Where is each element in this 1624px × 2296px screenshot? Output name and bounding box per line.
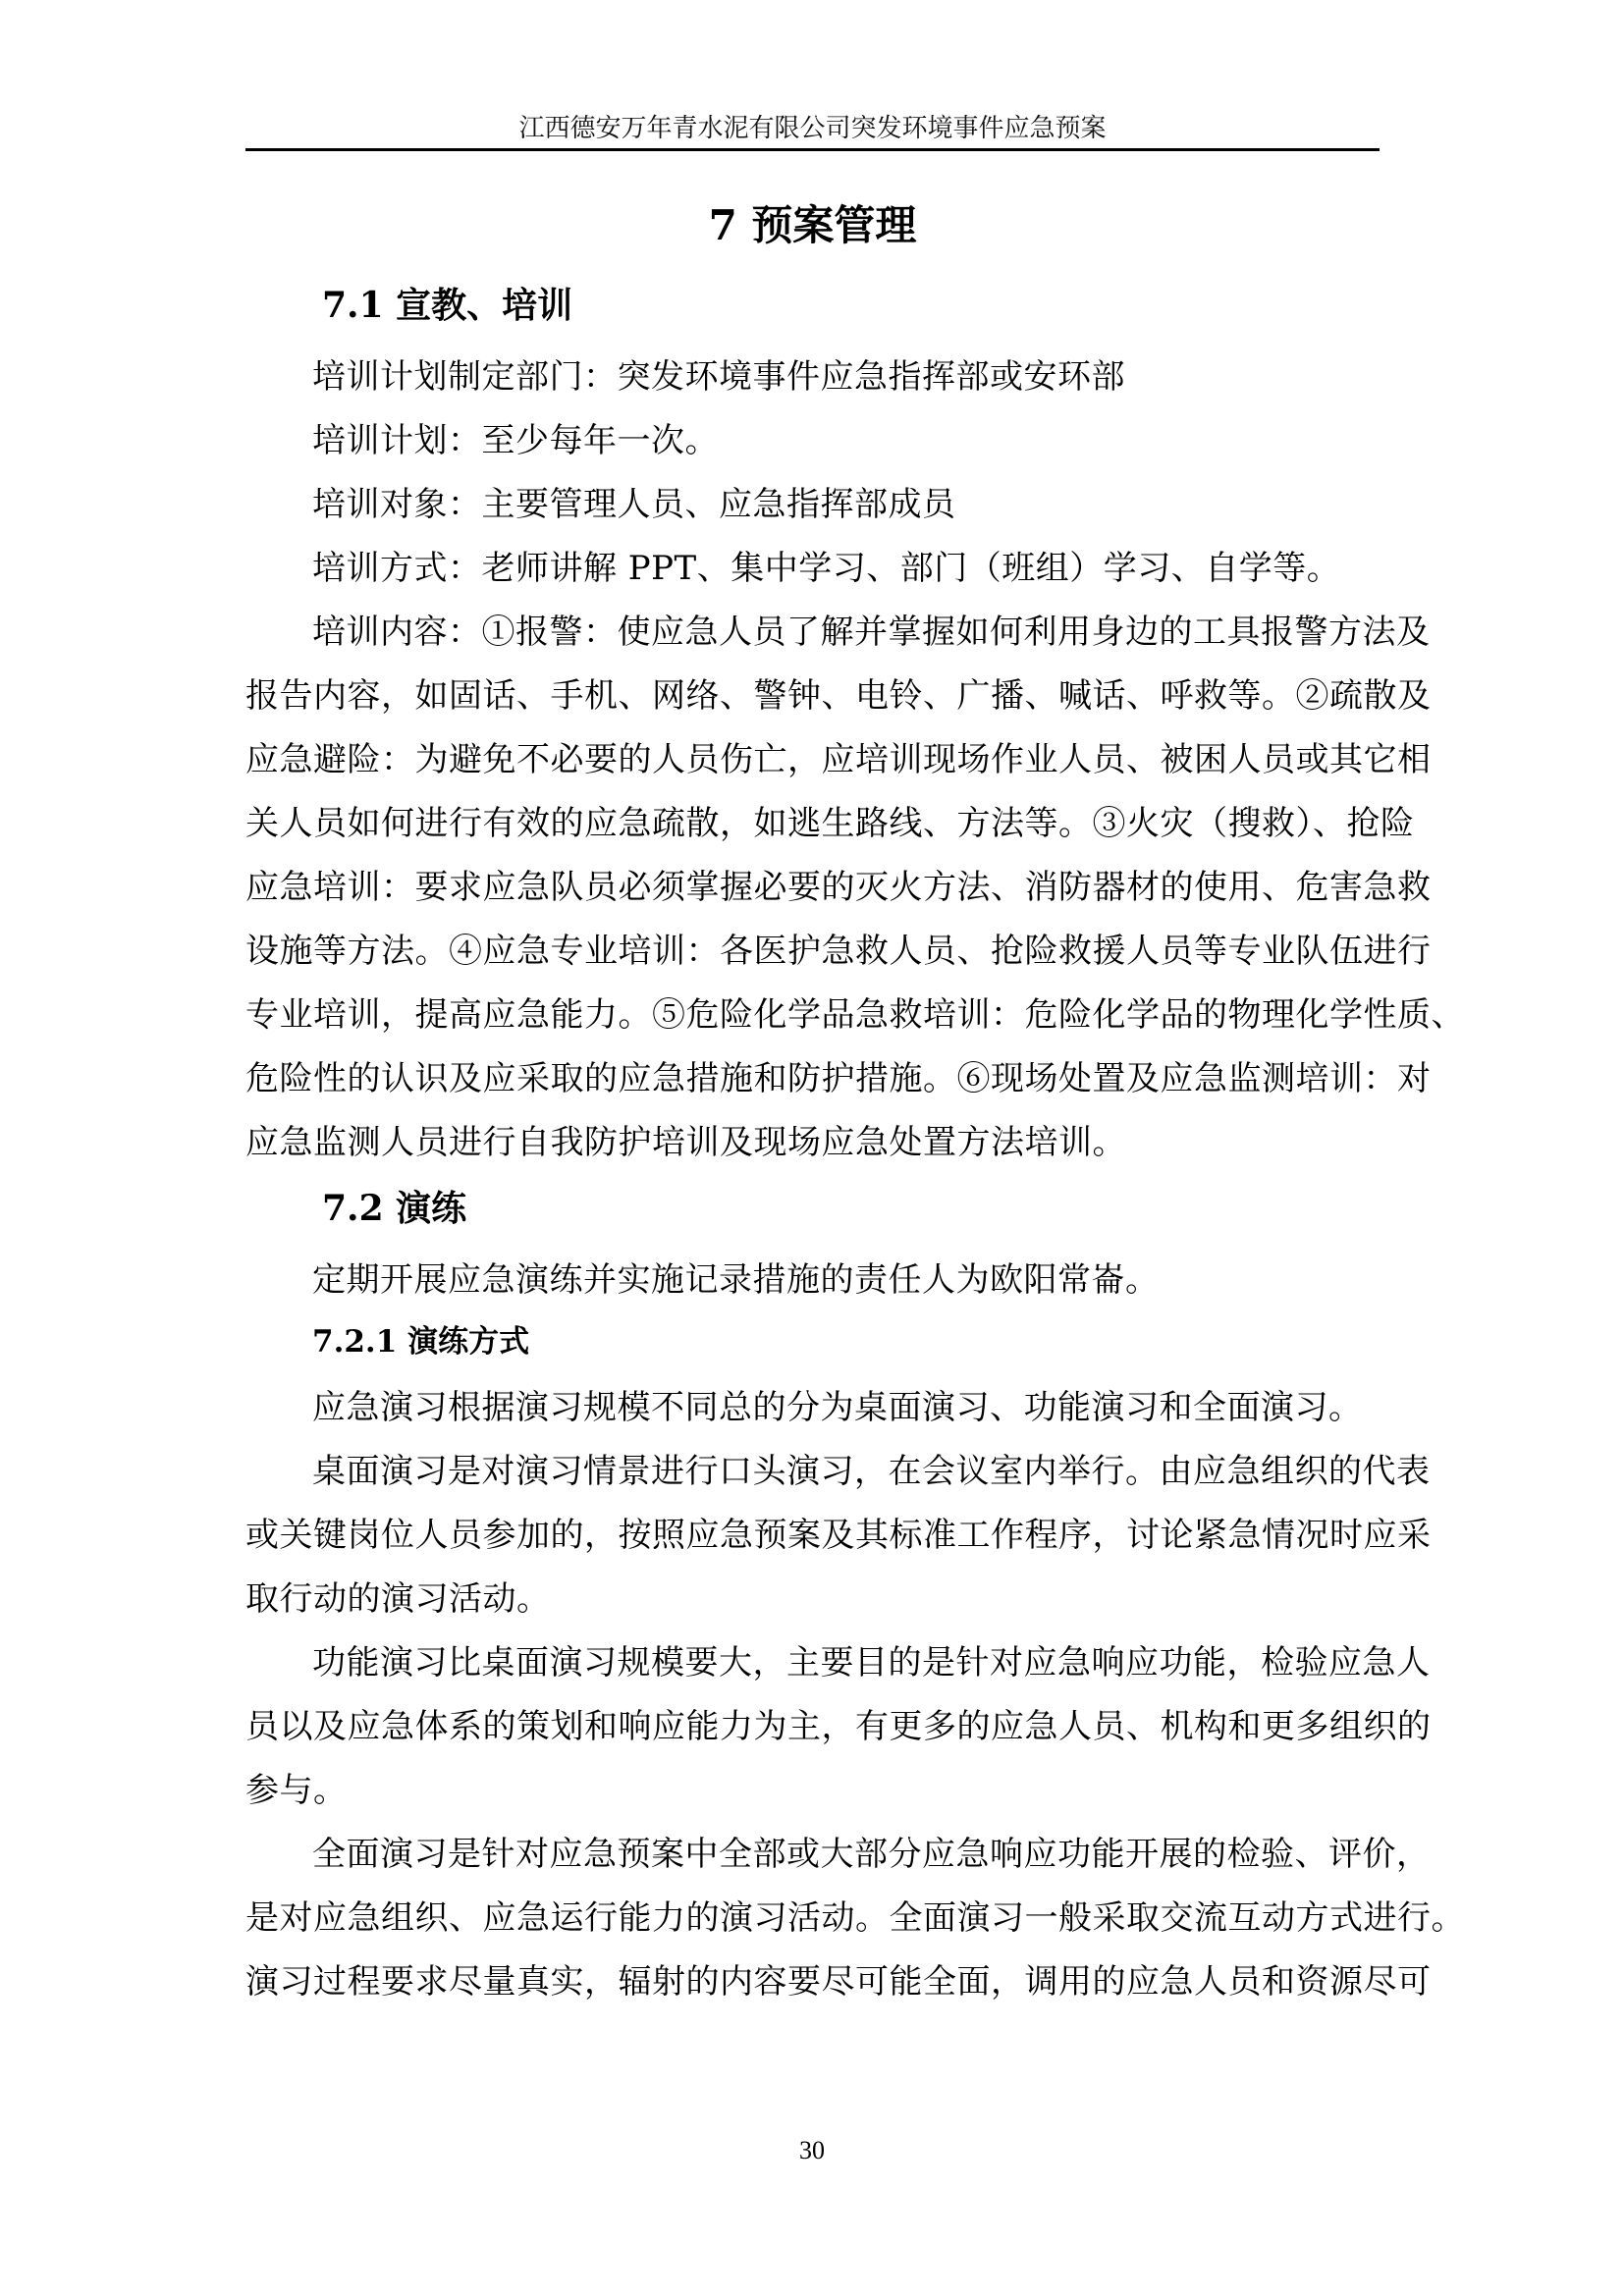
paragraph-line: 参与。: [245, 1759, 1384, 1823]
drill-types-intro: 应急演习根据演习规模不同总的分为桌面演习、功能演习和全面演习。: [312, 1376, 1451, 1440]
running-header: 江西德安万年青水泥有限公司突发环境事件应急预案: [245, 114, 1380, 143]
paragraph-line: 是对应急组织、应急运行能力的演习活动。全面演习一般采取交流互动方式进行。: [245, 1887, 1384, 1950]
paragraph-line: 应急演习根据演习规模不同总的分为桌面演习、功能演习和全面演习。: [312, 1376, 1451, 1440]
training-content-paragraph: 培训内容：①报警：使应急人员了解并掌握如何利用身边的工具报警方法及 报告内容，如…: [245, 601, 1384, 1175]
paragraph-line: 培训内容：①报警：使应急人员了解并掌握如何利用身边的工具报警方法及: [245, 601, 1384, 665]
training-department: 培训计划制定部门：突发环境事件应急指挥部或安环部: [312, 346, 1451, 409]
page-number: 30: [0, 2136, 1624, 2165]
training-audience: 培训对象：主要管理人员、应急指挥部成员: [312, 473, 1451, 537]
training-method: 培训方式：老师讲解 PPT、集中学习、部门（班组）学习、自学等。: [312, 537, 1451, 601]
header-rule: [245, 148, 1380, 151]
paragraph-line: 应急监测人员进行自我防护培训及现场应急处置方法培训。: [245, 1111, 1384, 1175]
subsection-heading-7-2-1: 7.2.1 演练方式: [312, 1322, 529, 1362]
paragraph-line: 员以及应急体系的策划和响应能力为主，有更多的应急人员、机构和更多组织的: [245, 1695, 1384, 1759]
paragraph-line: 报告内容，如固话、手机、网络、警钟、电铃、广播、喊话、呼救等。②疏散及: [245, 665, 1384, 728]
training-info-block: 培训计划制定部门：突发环境事件应急指挥部或安环部 培训计划：至少每年一次。 培训…: [312, 346, 1451, 601]
fullscale-drill-paragraph: 全面演习是针对应急预案中全部或大部分应急响应功能开展的检验、评价， 是对应急组织…: [245, 1823, 1384, 2014]
functional-drill-paragraph: 功能演习比桌面演习规模要大，主要目的是针对应急响应功能，检验应急人 员以及应急体…: [245, 1631, 1384, 1823]
paragraph-line: 取行动的演习活动。: [245, 1568, 1384, 1631]
paragraph-line: 危险性的认识及应采取的应急措施和防护措施。⑥现场处置及应急监测培训：对: [245, 1047, 1384, 1111]
section-heading-7-2: 7.2 演练: [322, 1187, 466, 1230]
section-heading-7-1: 7.1 宣教、培训: [322, 284, 572, 327]
paragraph-line: 应急避险：为避免不必要的人员伤亡，应培训现场作业人员、被困人员或其它相: [245, 728, 1384, 792]
tabletop-drill-paragraph: 桌面演习是对演习情景进行口头演习，在会议室内举行。由应急组织的代表 或关键岗位人…: [245, 1440, 1384, 1631]
paragraph-line: 关人员如何进行有效的应急疏散，如逃生路线、方法等。③火灾（搜救）、抢险: [245, 792, 1384, 856]
paragraph-line: 设施等方法。④应急专业培训：各医护急救人员、抢险救援人员等专业队伍进行: [245, 920, 1384, 984]
document-page: 江西德安万年青水泥有限公司突发环境事件应急预案 7 预案管理 7.1 宣教、培训…: [0, 0, 1624, 2296]
paragraph-line: 专业培训，提高应急能力。⑤危险化学品急救培训：危险化学品的物理化学性质、: [245, 984, 1384, 1047]
paragraph-line: 功能演习比桌面演习规模要大，主要目的是针对应急响应功能，检验应急人: [245, 1631, 1384, 1695]
paragraph-line: 或关键岗位人员参加的，按照应急预案及其标准工作程序，讨论紧急情况时应采: [245, 1504, 1384, 1568]
drill-responsible-paragraph: 定期开展应急演练并实施记录措施的责任人为欧阳常崙。: [312, 1249, 1451, 1312]
paragraph-line: 演习过程要求尽量真实，辐射的内容要尽可能全面，调用的应急人员和资源尽可: [245, 1950, 1384, 2014]
paragraph-line: 桌面演习是对演习情景进行口头演习，在会议室内举行。由应急组织的代表: [245, 1440, 1384, 1504]
paragraph-line: 全面演习是针对应急预案中全部或大部分应急响应功能开展的检验、评价，: [245, 1823, 1384, 1887]
paragraph-line: 定期开展应急演练并实施记录措施的责任人为欧阳常崙。: [312, 1249, 1451, 1312]
chapter-title: 7 预案管理: [245, 200, 1380, 251]
training-plan: 培训计划：至少每年一次。: [312, 409, 1451, 473]
paragraph-line: 应急培训：要求应急队员必须掌握必要的灭火方法、消防器材的使用、危害急救: [245, 856, 1384, 920]
